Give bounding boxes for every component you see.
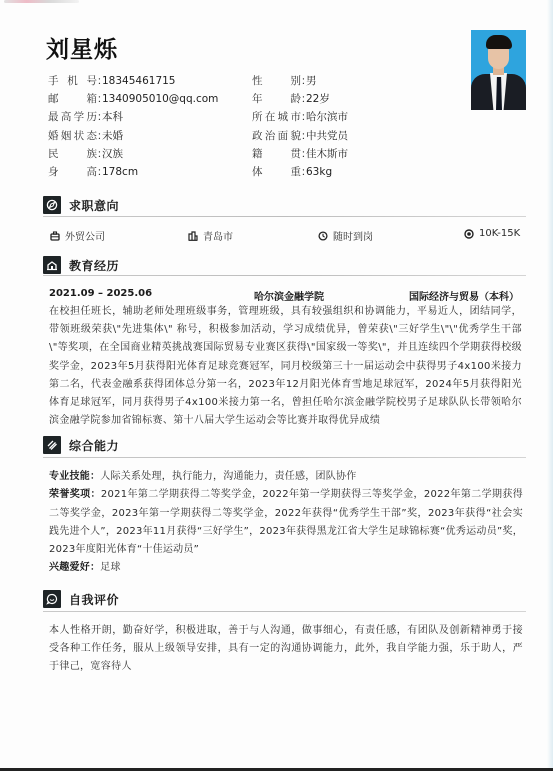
skills-content: 专业技能：人际关系处理，执行能力，沟通能力，责任感，团队协作 荣誉奖项：2021… (49, 468, 523, 578)
info-ethnicity: 民族：汉族 (48, 145, 218, 163)
basic-info-right: 性别：男 年龄：22岁 所在城市：哈尔滨市 政治面貌：中共党员 籍贯：佳木斯市 … (252, 72, 348, 181)
resume-page: 刘星烁 手机号：18345461715 邮箱：1340905010@qq.com… (0, 0, 553, 771)
info-label: 籍贯 (252, 145, 301, 163)
profile-photo (471, 30, 526, 110)
education-school: 哈尔滨金融学院 (254, 288, 324, 303)
clock-icon (318, 231, 328, 241)
info-label: 最高学历 (48, 108, 97, 126)
info-phone: 手机号：18345461715 (48, 72, 218, 90)
intent-city: 青岛市 (188, 228, 233, 243)
info-political-status: 政治面貌：中共党员 (252, 127, 348, 145)
section-title: 综合能力 (69, 437, 119, 454)
section-header-intent: 求职意向 (43, 196, 119, 214)
info-label: 体重 (252, 163, 301, 181)
intent-company-type: 外贸公司 (50, 228, 105, 243)
hometown-value: 佳木斯市 (306, 145, 348, 163)
height-value: 178cm (102, 163, 138, 181)
info-email: 邮箱：1340905010@qq.com (48, 90, 218, 108)
info-label: 婚姻状态 (48, 127, 97, 145)
school-icon (43, 256, 61, 274)
info-hometown: 籍贯：佳木斯市 (252, 145, 348, 163)
section-divider (43, 611, 526, 612)
info-height: 身高：178cm (48, 163, 218, 181)
info-label: 手机号 (48, 72, 97, 90)
info-age: 年龄：22岁 (252, 90, 348, 108)
section-title: 求职意向 (69, 197, 119, 214)
section-title: 自我评价 (69, 591, 119, 608)
info-weight: 体重：63kg (252, 163, 348, 181)
info-gender: 性别：男 (252, 72, 348, 90)
info-label: 身高 (48, 163, 97, 181)
info-label: 政治面貌 (252, 127, 301, 145)
info-label: 所在城市 (252, 108, 301, 126)
ethnicity-value: 汉族 (102, 145, 123, 163)
section-header-education: 教育经历 (43, 256, 119, 274)
info-label: 邮箱 (48, 90, 97, 108)
political-status-value: 中共党员 (306, 127, 348, 145)
self-evaluation-text: 本人性格开朗，勤奋好学，积极进取，善于与人沟通，做事细心，有责任感，有团队及创新… (49, 622, 523, 677)
job-intent-row: 外贸公司 青岛市 随时到岗 10K-15K (50, 228, 517, 242)
city-value: 哈尔滨市 (306, 108, 348, 126)
compass-icon (43, 196, 61, 214)
phone-value: 18345461715 (102, 72, 176, 90)
skill-row-honors: 荣誉奖项：2021年第二学期获得二等奖学金，2022年第一学期获得三等奖学金，2… (49, 486, 523, 559)
skill-row-professional: 专业技能：人际关系处理，执行能力，沟通能力，责任感，团队协作 (49, 468, 523, 486)
intent-salary: 10K-15K (464, 228, 520, 239)
info-marital-status: 婚姻状态：未婚 (48, 127, 218, 145)
scan-edge-tint (547, 0, 553, 771)
briefcase-icon (50, 231, 60, 241)
skill-row-hobbies: 兴趣爱好：足球 (49, 559, 523, 577)
section-title: 教育经历 (69, 257, 119, 274)
info-label: 民族 (48, 145, 97, 163)
chat-icon (43, 590, 61, 608)
candidate-name: 刘星烁 (46, 31, 118, 64)
education-level-value: 本科 (102, 108, 123, 126)
info-education-level: 最高学历：本科 (48, 108, 218, 126)
education-description: 在校担任班长，辅助老师处理班级事务，管理班级，具有较强组织和协调能力，平易近人，… (49, 303, 522, 430)
city-icon (188, 231, 198, 241)
section-header-skills: 综合能力 (43, 436, 119, 454)
gender-value: 男 (306, 72, 317, 90)
education-major: 国际经济与贸易（本科） (409, 288, 519, 303)
section-divider (43, 216, 526, 217)
section-divider (43, 275, 526, 276)
section-header-self-evaluation: 自我评价 (43, 590, 119, 608)
scan-smudge (4, 0, 79, 3)
skills-icon (43, 436, 61, 454)
education-period: 2021.09 – 2025.06 (49, 288, 152, 299)
basic-info-left: 手机号：18345461715 邮箱：1340905010@qq.com 最高学… (48, 72, 218, 181)
education-entry-header: 2021.09 – 2025.06 哈尔滨金融学院 国际经济与贸易（本科） (49, 288, 519, 302)
info-label: 年龄 (252, 90, 301, 108)
email-value: 1340905010@qq.com (102, 90, 218, 108)
section-divider (43, 457, 526, 458)
age-value: 22岁 (306, 90, 330, 108)
intent-availability: 随时到岗 (318, 228, 373, 243)
info-label: 性别 (252, 72, 301, 90)
salary-icon (464, 229, 474, 239)
weight-value: 63kg (306, 163, 332, 181)
marital-status-value: 未婚 (102, 127, 123, 145)
info-city: 所在城市：哈尔滨市 (252, 108, 348, 126)
